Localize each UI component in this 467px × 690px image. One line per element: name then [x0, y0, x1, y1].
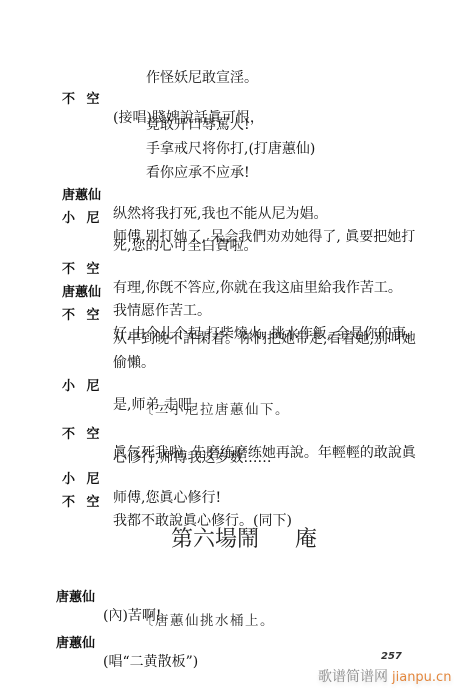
sung-line: 看你应承不应承! — [146, 164, 250, 182]
scene-number: 第六場 — [171, 527, 237, 553]
speaker-label: 不 空 — [62, 261, 102, 279]
speaker-label: 唐蕙仙 — [56, 635, 96, 653]
dialogue-line: 唐蕙仙 我情愿作苦工。 — [0, 266, 18, 284]
stage-direction: 〔二小尼拉唐蕙仙下。 — [140, 401, 290, 419]
stage-direction: 〔唐蕙仙挑水桶上。 — [140, 612, 275, 630]
scene-name-char-1: 鬧 — [237, 527, 259, 553]
speaker-label: 不 空 — [62, 91, 102, 109]
dialogue-continuation: 偷懶。 — [113, 354, 155, 372]
dialogue-line: 不 空 好,由今儿个起,打柴燒火, 挑水作飯, 全是你的事。 — [0, 289, 18, 307]
dialogue-text: 有理,你旣不答应,你就在我这庙里給我作苦工。 — [113, 279, 402, 297]
watermark-site-name: 歌谱简谱网 — [318, 669, 388, 685]
dialogue-line: 偷懶。 — [0, 336, 18, 354]
dialogue-line: 手拿戒尺将你打,(打唐蕙仙) — [0, 122, 18, 140]
dialogue-line: 心修行,师傅我这岁数…… — [0, 431, 18, 449]
dialogue-line: 作怪妖尼敢宣淫。 — [0, 51, 18, 69]
speaker-label: 小 尼 — [62, 210, 102, 228]
dialogue-line: 小 尼 师傅,别打她了, 呆会我們劝劝她得了, 眞要把她打 — [0, 192, 18, 210]
dialogue-line: 小 尼 是,师弟,走吧。 — [0, 360, 18, 378]
dialogue-line: 小 尼 师傅,您眞心修行! — [0, 453, 18, 471]
speaker-label: 唐蕙仙 — [62, 187, 102, 205]
dialogue-line: 看你应承不应承! — [0, 146, 18, 164]
sung-line: 竟敢开口辱罵人! — [146, 116, 250, 134]
dialogue-text: 纵然将我打死,我也不能从尼为娼。 — [113, 205, 327, 223]
page-number: 257 — [381, 651, 402, 662]
speaker-label: 唐蕙仙 — [62, 284, 102, 302]
dialogue-line: 不 空 (接唱)賤婢說話眞可恨， — [0, 73, 467, 91]
watermark: 歌谱简谱网jianpu.cn — [318, 668, 451, 686]
dialogue-line: 唐蕙仙 纵然将我打死,我也不能从尼为娼。 — [0, 169, 18, 187]
dialogue-continuation: 从早到晚不許閑着。你們把她带走,看着她,别叫她 — [113, 330, 416, 348]
dialogue-line: 死,您的心可全白費啦。 — [0, 219, 18, 237]
speaker-label: 不 空 — [62, 494, 102, 512]
speaker-label: 小 尼 — [62, 378, 102, 396]
dialogue-text: 师傅,您眞心修行! — [113, 489, 221, 507]
dialogue-line: 不 空 眞气死我啦, 先磨练磨练她再說。年輕輕的敢說眞 — [0, 408, 18, 426]
scene-name-char-2: 庵 — [295, 527, 317, 553]
dialogue-line: 竟敢开口辱罵人! — [0, 98, 18, 116]
sung-line: 手拿戒尺将你打,(打唐蕙仙) — [146, 140, 315, 158]
dialogue-text: (唱“二黄散板”) — [103, 653, 198, 671]
speaker-label: 不 空 — [62, 307, 102, 325]
dialogue-continuation: 心修行,师傅我这岁数…… — [113, 449, 271, 467]
dialogue-line: 不 空 我都不敢說眞心修行。(同下) — [0, 476, 18, 494]
dialogue-line: 唐蕙仙 (內)苦啊! — [0, 571, 18, 589]
dialogue-continuation: 死,您的心可全白費啦。 — [113, 237, 257, 255]
dialogue-line: 不 空 有理,你旣不答应,你就在我这庙里給我作苦工。 — [0, 243, 18, 261]
watermark-domain: jianpu.cn — [392, 670, 451, 685]
dialogue-line: 从早到晚不許閑着。你們把她带走,看着她,别叫她 — [0, 312, 18, 330]
speaker-label: 唐蕙仙 — [56, 589, 96, 607]
dialogue-text: 我情愿作苦工。 — [113, 302, 211, 320]
stage-direction-line: 〔二小尼拉唐蕙仙下。 — [0, 383, 18, 401]
speaker-label: 小 尼 — [62, 471, 102, 489]
speaker-label: 不 空 — [62, 426, 102, 444]
stage-direction-line: 〔唐蕙仙挑水桶上。 — [0, 594, 18, 612]
dialogue-line: 唐蕙仙 (唱“二黄散板”) — [0, 617, 18, 635]
